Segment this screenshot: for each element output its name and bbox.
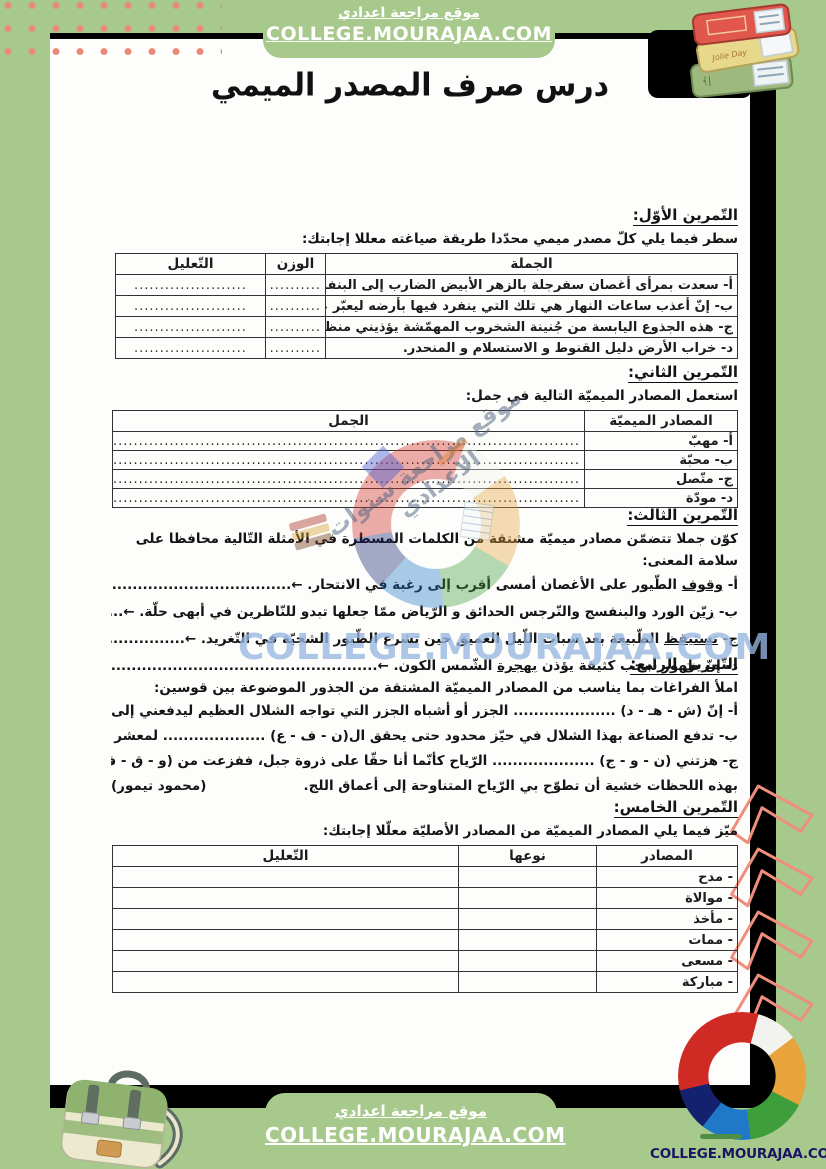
- exercise-1-table: الجملة الوزن التّعليل أ- سعدت بمرأى أغصا…: [115, 253, 738, 359]
- notepad-icon: [460, 501, 495, 541]
- site-header-tab: موقع مراجعة اعدادي COLLEGE.MOURAJAA.COM: [263, 0, 555, 58]
- col-type: نوعها: [459, 846, 597, 867]
- col-wazn: الوزن: [266, 254, 326, 275]
- logo-ground-line: [700, 1134, 742, 1139]
- exercise-2-instruction: استعمل المصادر الميميّة التالية في جمل:: [111, 385, 738, 407]
- table-row: - ممات: [113, 930, 738, 951]
- svg-text:﴾|: ﴾|: [702, 76, 712, 88]
- masdar-cell: - موالاة: [597, 888, 738, 909]
- books-stack-icon: ﴾| Jolie Day: [678, 0, 818, 108]
- backpack-illustration: [22, 1066, 217, 1169]
- watermark-site-url: COLLEGE.MOURAJAA.COM: [238, 627, 708, 668]
- exercise-1-instruction: سطر فيما يلي كلّ مصدر ميمي محدّدا طريقة …: [111, 228, 738, 250]
- footer-site-name-arabic: موقع مراجعة اعدادي: [265, 1102, 557, 1120]
- table-row: - مباركة: [113, 972, 738, 993]
- masdar-cell: - مدح: [597, 867, 738, 888]
- type-cell: [459, 909, 597, 930]
- sentence-cell: د- خراب الأرض دليل القنوط و الاستسلام و …: [326, 338, 738, 359]
- exercise-4-instruction: املأ الفراغات بما يناسب من المصادر الميم…: [111, 677, 738, 699]
- logo-caption: COLLEGE.MOURAJAA.COM: [650, 1146, 826, 1162]
- masdar-cell: ب- محبّة: [585, 451, 738, 470]
- exercise-2-heading: التّمرين الثاني:: [628, 363, 738, 383]
- wazn-cell: ..........: [266, 296, 326, 317]
- type-cell: [459, 972, 597, 993]
- sentence-cell: ج- هذه الجذوع اليابسة من جُنينة الشخروب …: [326, 317, 738, 338]
- table-row: - مسعى: [113, 951, 738, 972]
- item-post: الورد والبنفسج والنّرجس الحدائق و الرّيا…: [111, 604, 689, 620]
- type-cell: [459, 867, 597, 888]
- exercise-1: التّمرين الأوّل: سطر فيما يلي كلّ مصدر م…: [111, 205, 738, 359]
- table-row: ب- إنّ أعذب ساعات النهار هي تلك التي ينف…: [116, 296, 738, 317]
- col-masadir: المصادر: [597, 846, 738, 867]
- table-header-row: الجملة الوزن التّعليل: [116, 254, 738, 275]
- masdar-cell: - ممات: [597, 930, 738, 951]
- author-attribution: (محمود تيمور): [111, 774, 206, 799]
- exercise-4-item: ب- تدفع الصناعة بهذا الشلال في حيّز محدو…: [111, 724, 738, 749]
- taalil-cell: [113, 888, 459, 909]
- exercise-5-table: المصادر نوعها التّعليل - مدح - موالاة - …: [112, 845, 738, 993]
- masdar-cell: - مباركة: [597, 972, 738, 993]
- type-cell: [459, 951, 597, 972]
- site-name-arabic: موقع مراجعة اعدادي: [263, 5, 555, 21]
- taalil-cell: ......................: [116, 275, 266, 296]
- exercise-5-heading: التّمرين الخامس:: [614, 798, 738, 818]
- masdar-cell: أ- مهبّ: [585, 432, 738, 451]
- sentence-cell: أ- سعدت بمرأى أغصان سفرجلة بالزهر الأبيض…: [326, 275, 738, 296]
- wazn-cell: ..........: [266, 317, 326, 338]
- col-taalil: التّعليل: [113, 846, 459, 867]
- col-taalil: التّعليل: [116, 254, 266, 275]
- table-row: - مأخذ: [113, 909, 738, 930]
- taalil-cell: [113, 909, 459, 930]
- masdar-cell: - مسعى: [597, 951, 738, 972]
- table-header-row: المصادر نوعها التّعليل: [113, 846, 738, 867]
- footer-site-url-link[interactable]: COLLEGE.MOURAJAA.COM: [265, 1123, 557, 1147]
- col-masdar: المصادر الميميّة: [585, 411, 738, 432]
- item-pre: أ-: [723, 577, 738, 593]
- answer-line: ........................................…: [113, 451, 585, 470]
- wazn-cell: ..........: [266, 275, 326, 296]
- type-cell: [459, 930, 597, 951]
- table-row: ج- هذه الجذوع اليابسة من جُنينة الشخروب …: [116, 317, 738, 338]
- answer-line: ........................................…: [113, 470, 585, 489]
- underlined-word: وقوف: [682, 577, 723, 593]
- table-row: د- خراب الأرض دليل القنوط و الاستسلام و …: [116, 338, 738, 359]
- masdar-cell: - مأخذ: [597, 909, 738, 930]
- table-header-row: المصادر الميميّة الجمل: [113, 411, 738, 432]
- exercise-4-item: ج- هزتني (ن - و - ج) ...................…: [111, 749, 738, 774]
- exercise-4-item: بهذه اللحظات خشية أن تطوّح بي الرّياح ال…: [111, 774, 738, 799]
- table-row: - موالاة: [113, 888, 738, 909]
- table-row: أ- سعدت بمرأى أغصان سفرجلة بالزهر الأبيض…: [116, 275, 738, 296]
- frame-left: [0, 0, 50, 1169]
- page-title: درس صرف المصدر الميمي: [140, 67, 680, 104]
- type-cell: [459, 888, 597, 909]
- underlined-word: زيّن: [689, 604, 714, 620]
- item-continuation: بهذه اللحظات خشية أن تطوّح بي الرّياح ال…: [304, 774, 739, 799]
- site-ring-logo: [678, 1012, 806, 1140]
- taalil-cell: [113, 951, 459, 972]
- dots-pattern: [0, 0, 222, 56]
- masdar-cell: ج- متّصل: [585, 470, 738, 489]
- wazn-cell: ..........: [266, 338, 326, 359]
- exercise-5-instruction: ميّز فيما يلي المصادر الميميّة من المصاد…: [111, 820, 738, 842]
- taalil-cell: ......................: [116, 296, 266, 317]
- table-row: - مدح: [113, 867, 738, 888]
- item-pre: ب-: [714, 604, 738, 620]
- worksheet-page: موقع مراجعة اعدادي COLLEGE.MOURAJAA.COM …: [0, 0, 826, 1169]
- taalil-cell: [113, 930, 459, 951]
- exercise-5: التّمرين الخامس: ميّز فيما يلي المصادر ا…: [111, 797, 738, 993]
- exercise-1-heading: التّمرين الأوّل:: [633, 206, 738, 226]
- taalil-cell: [113, 972, 459, 993]
- col-sentence: الجملة: [326, 254, 738, 275]
- exercise-4: التّمرين الرابع: املأ الفراغات بما يناسب…: [111, 654, 738, 799]
- site-footer-tab: موقع مراجعة اعدادي COLLEGE.MOURAJAA.COM: [265, 1093, 557, 1169]
- taalil-cell: ......................: [116, 317, 266, 338]
- taalil-cell: ......................: [116, 338, 266, 359]
- exercise-4-item: أ- إنّ (ش - هـ - د) ....................…: [111, 699, 738, 724]
- taalil-cell: [113, 867, 459, 888]
- sentence-cell: ب- إنّ أعذب ساعات النهار هي تلك التي ينف…: [326, 296, 738, 317]
- exercise-3-heading: التّمرين الثالث:: [627, 506, 738, 526]
- site-url-link[interactable]: COLLEGE.MOURAJAA.COM: [263, 23, 555, 45]
